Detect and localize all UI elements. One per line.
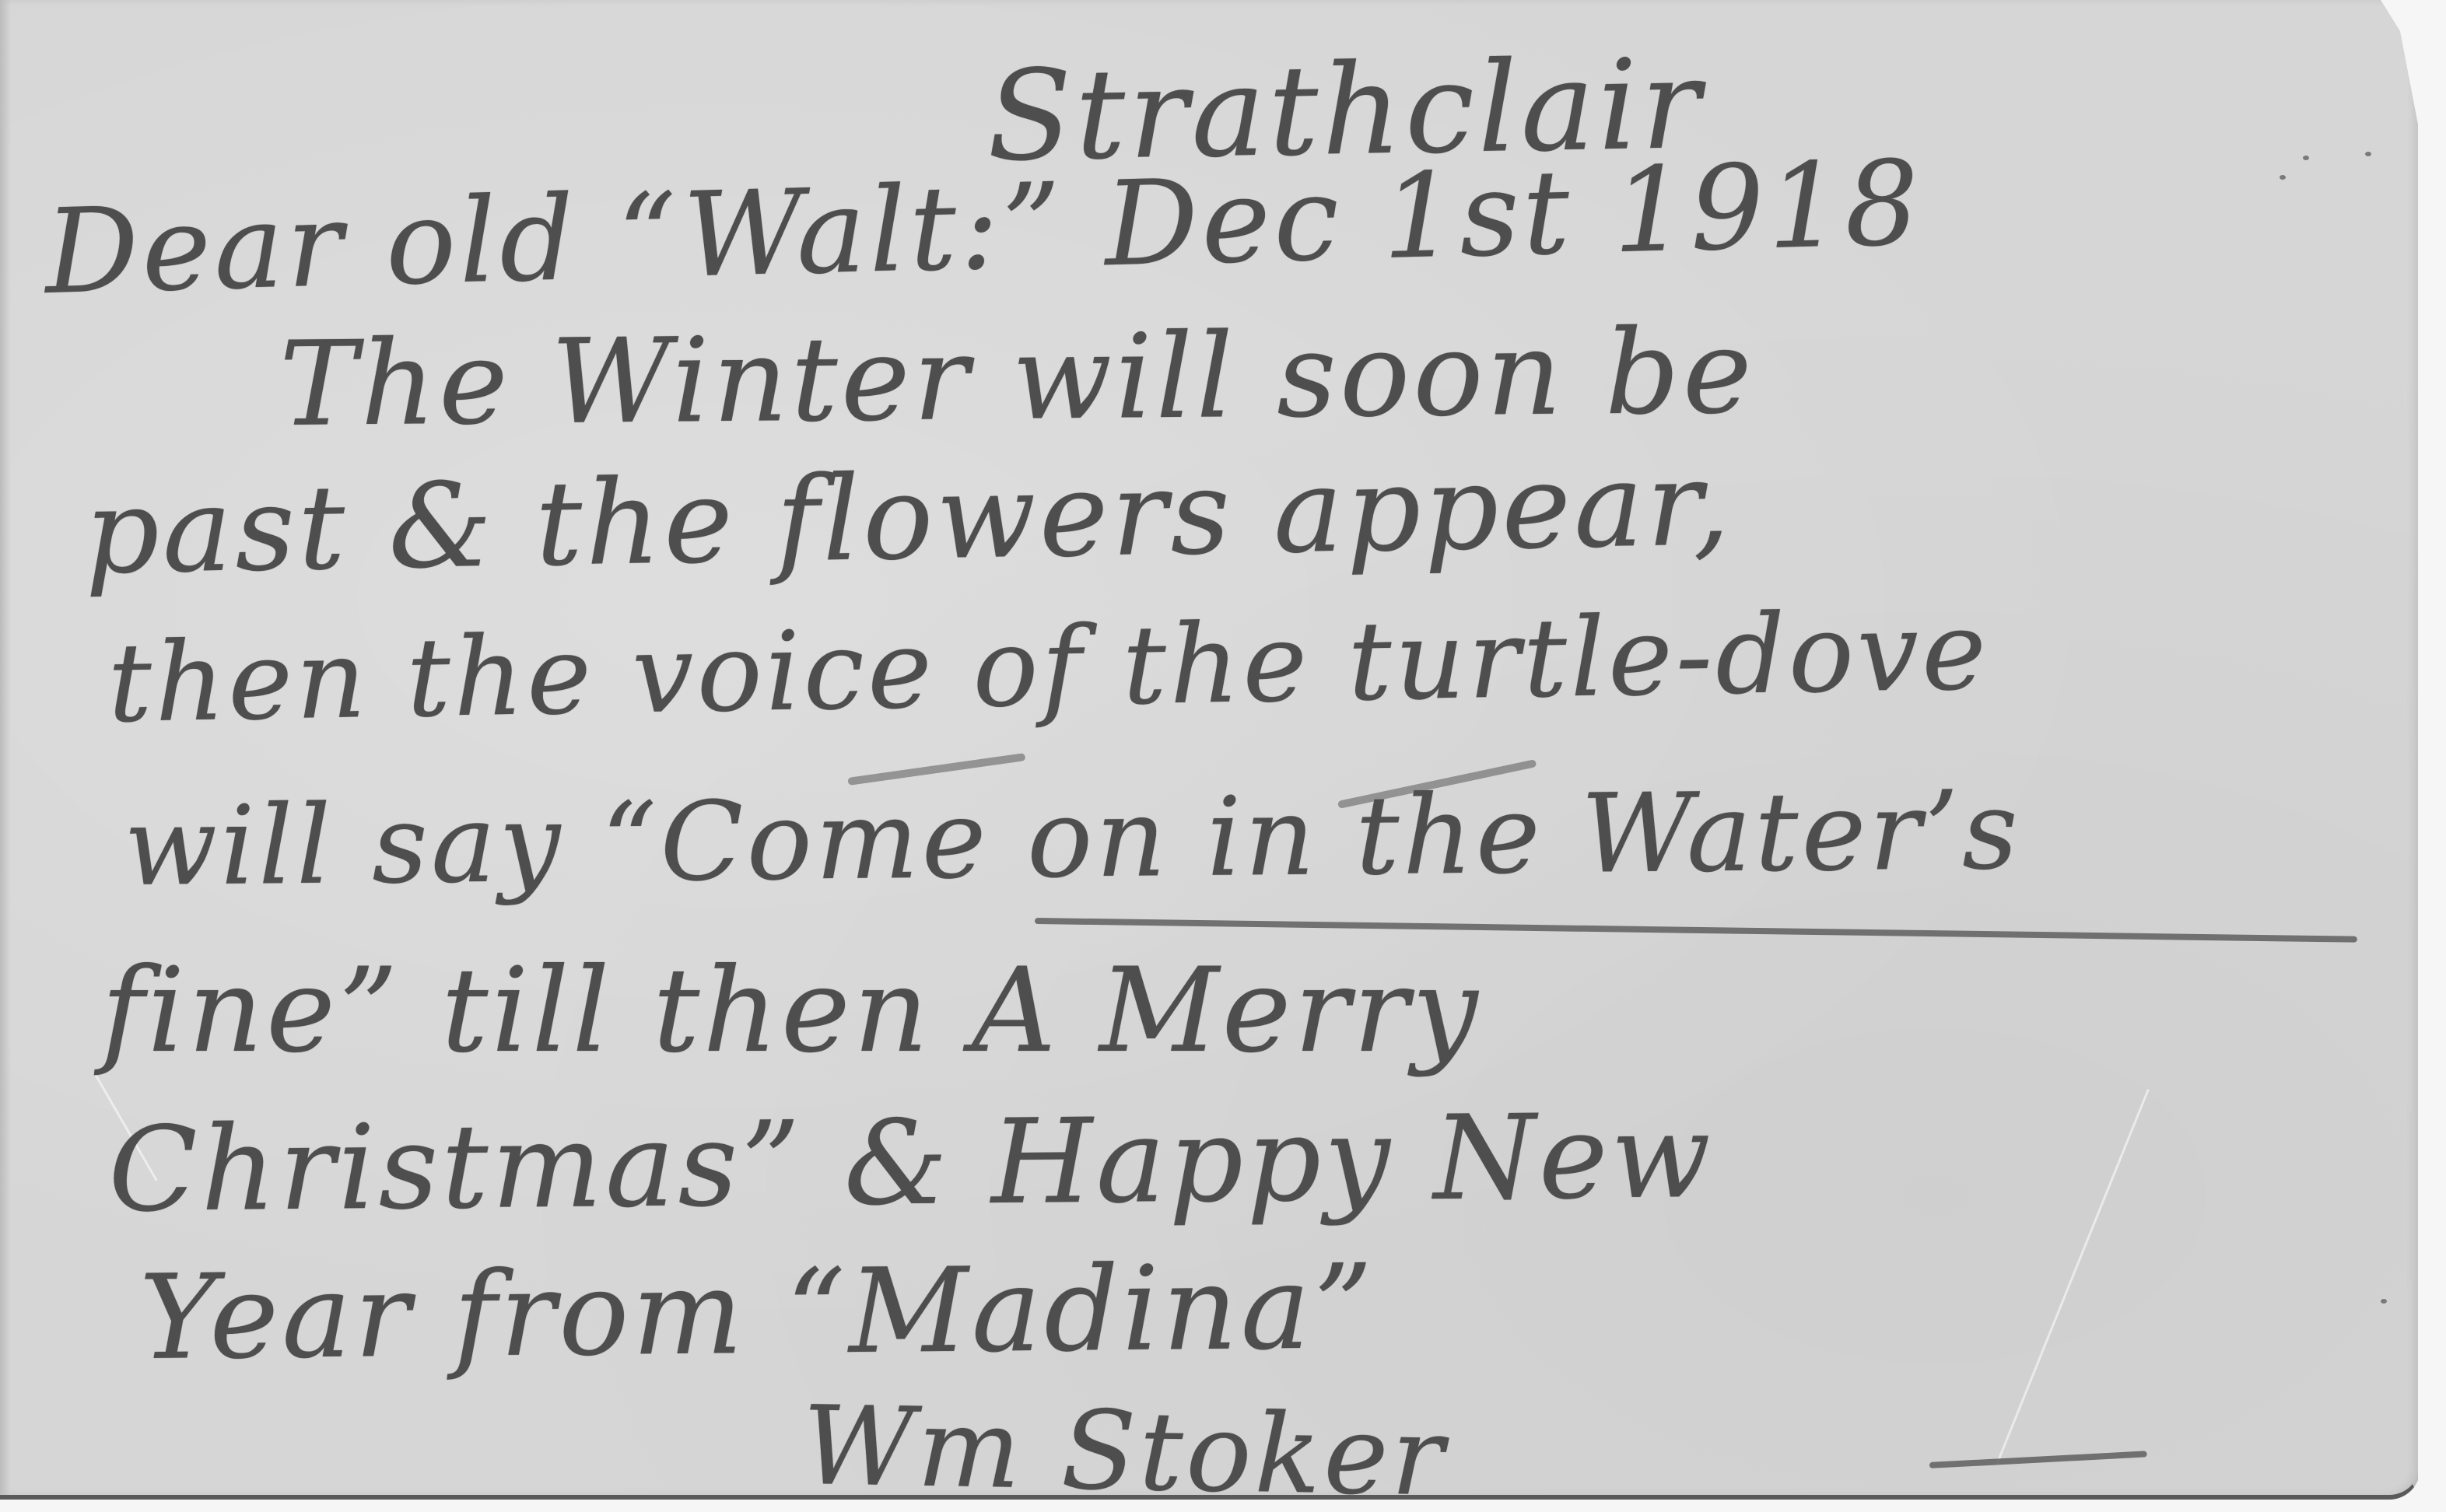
postcard-line: then the voice of the turtle-dove xyxy=(107,597,1990,739)
postcard-line: Christmas” & Happy New xyxy=(108,1098,1715,1229)
postcard-line: Year from “Madina” xyxy=(139,1249,1377,1377)
ink-speck xyxy=(2381,1299,2387,1304)
postcard-line: The Winter will soon be xyxy=(279,313,1756,443)
postcard-signature: Wm Stoker xyxy=(801,1392,1448,1512)
postcard-line: past & the flowers appear, xyxy=(83,446,1733,591)
postcard-card: Strathclair Dear old “Walt:” Dec 1st 191… xyxy=(0,0,2420,1500)
postcard-line: will say “Come on in the Water’s xyxy=(124,777,2022,902)
paper-crease xyxy=(1996,1089,2150,1465)
postcard-line: fine” till then A Merry xyxy=(101,953,1481,1069)
postcard-line-salutation: Dear old “Walt:” Dec 1st 1918 xyxy=(44,145,1923,311)
scanned-postcard: Strathclair Dear old “Walt:” Dec 1st 191… xyxy=(0,0,2446,1512)
ink-speck xyxy=(2280,175,2286,180)
underline-stroke xyxy=(1035,918,2357,943)
signature-flourish xyxy=(1929,1451,2147,1468)
ink-speck xyxy=(2365,152,2371,156)
ink-speck xyxy=(2303,156,2309,160)
